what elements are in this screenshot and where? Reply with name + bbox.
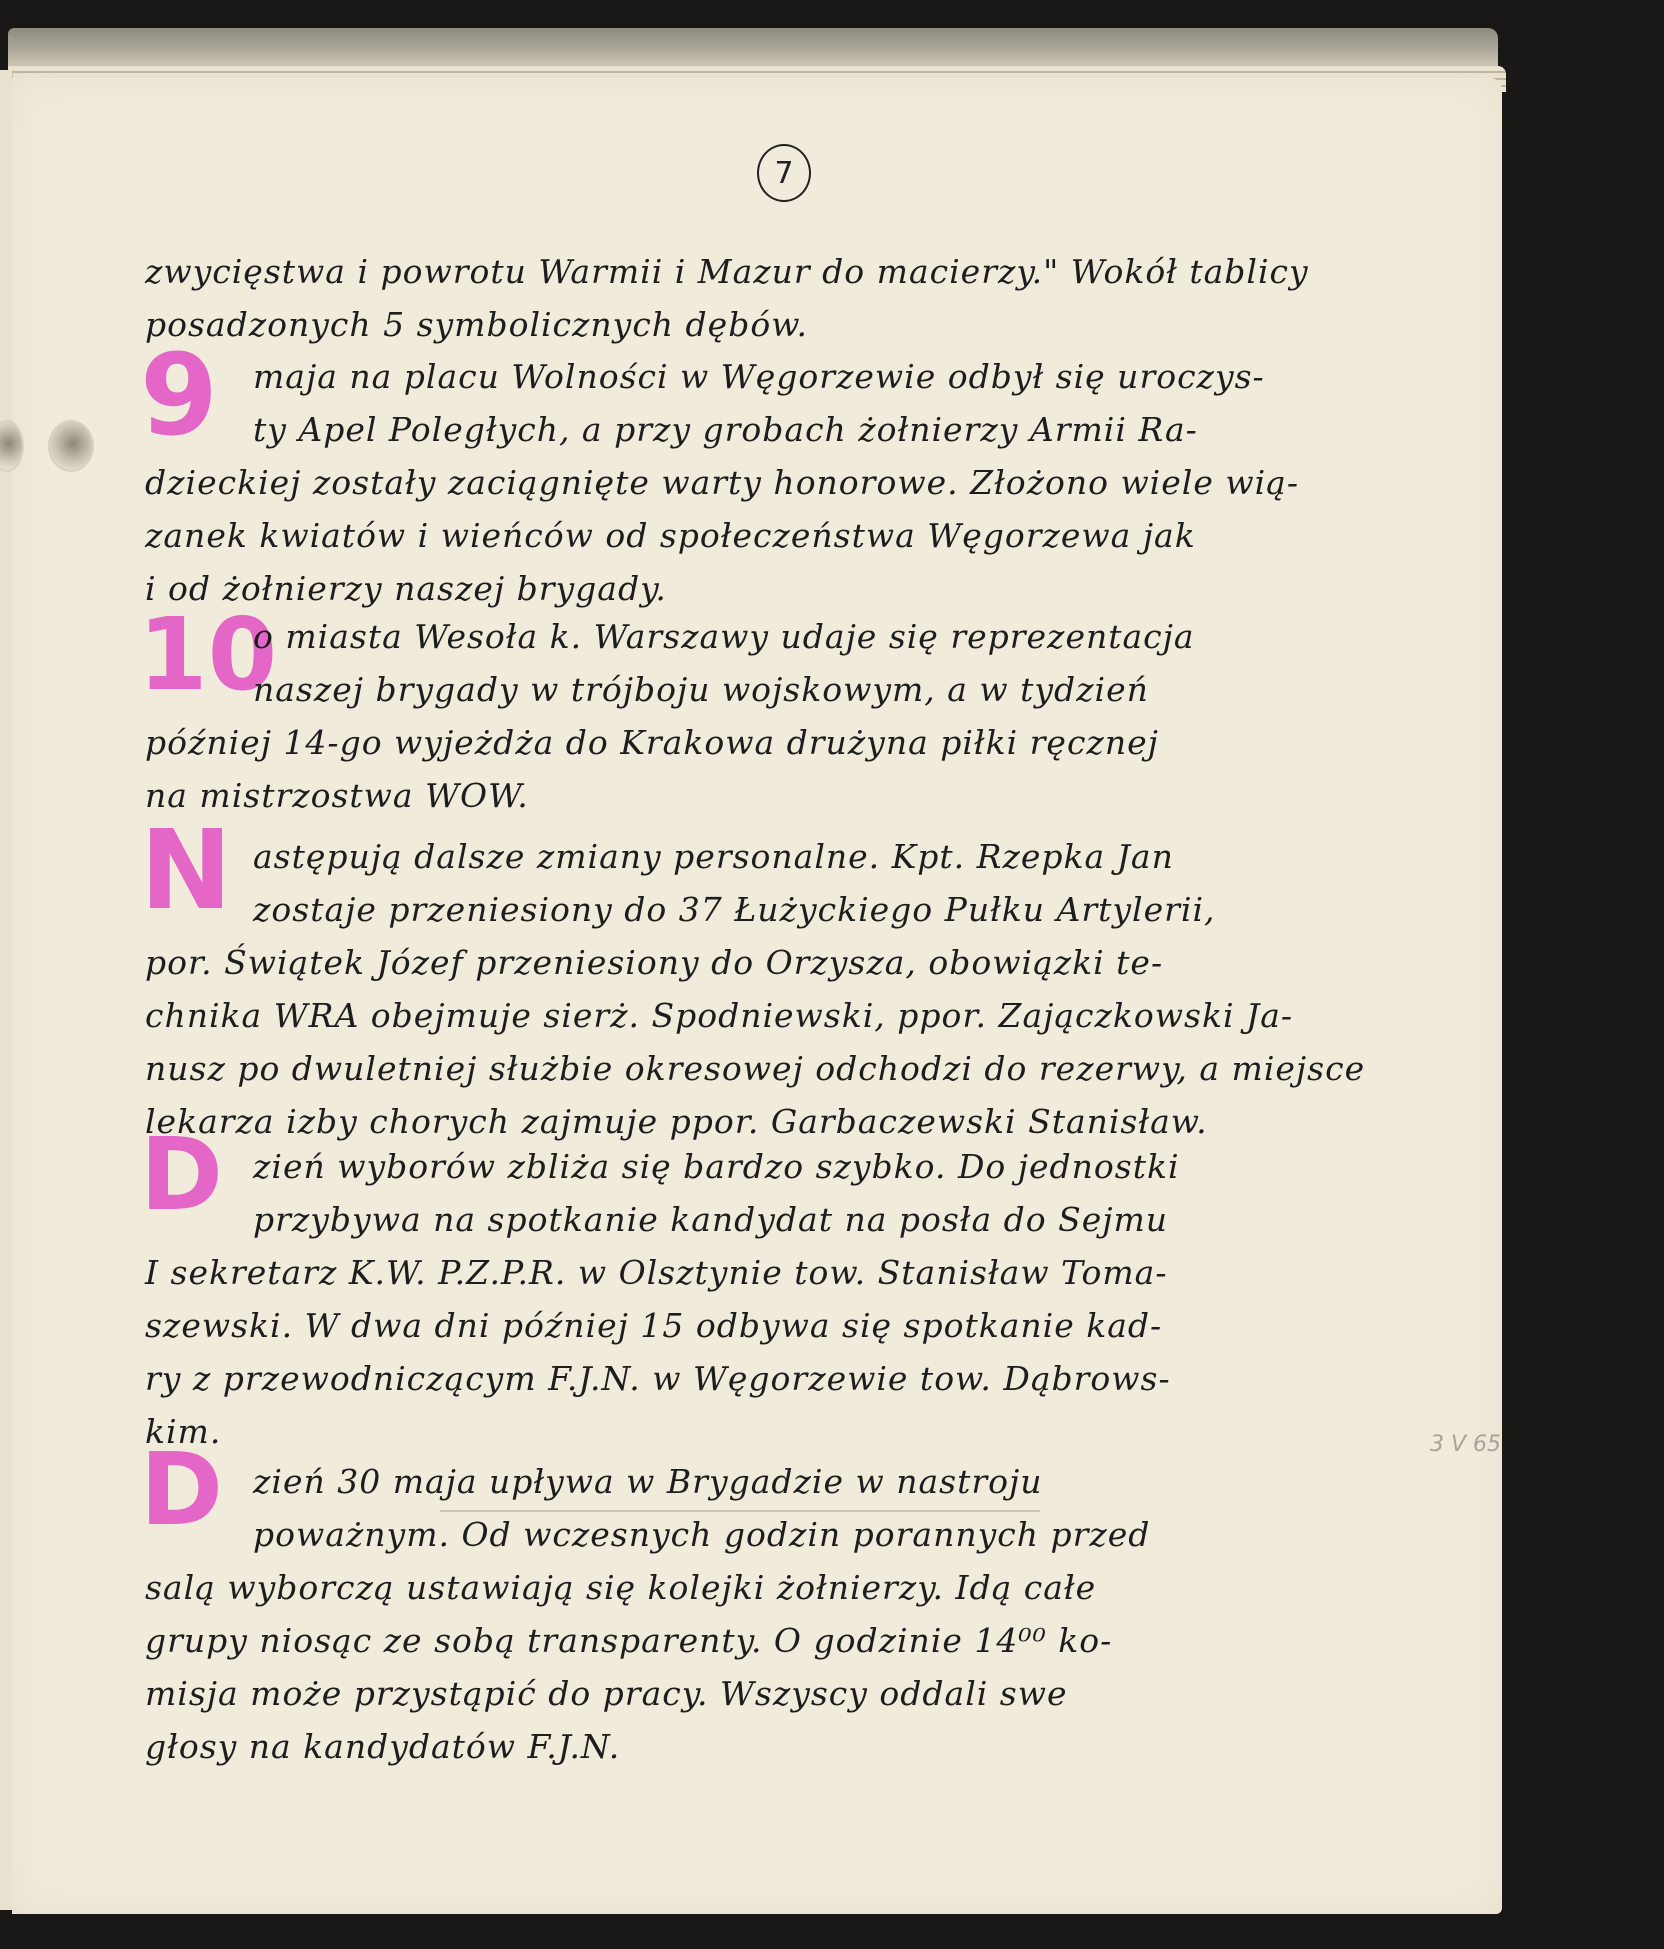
text-line: posadzonych 5 symbolicznych dębów. — [145, 298, 1455, 351]
text-line: poważnym. Od wczesnych godzin porannych … — [145, 1508, 1455, 1561]
text-line: nusz po dwuletniej służbie okresowej odc… — [145, 1042, 1455, 1095]
text-line: przybywa na spotkanie kandydat na posła … — [145, 1193, 1455, 1246]
text-line: głosy na kandydatów F.J.N. — [145, 1720, 1455, 1773]
text-line: szewski. W dwa dni później 15 odbywa się… — [145, 1299, 1455, 1352]
text-line: ty Apel Poległych, a przy grobach żołnie… — [145, 403, 1455, 456]
paragraph-election-day: zień 30 maja upływa w Brygadzie w nastro… — [145, 1455, 1455, 1773]
text-line: I sekretarz K.W. P.Z.P.R. w Olsztynie to… — [145, 1246, 1455, 1299]
text-line: ry z przewodniczącym F.J.N. w Węgorzewie… — [145, 1352, 1455, 1405]
text-line: później 14-go wyjeżdża do Krakowa drużyn… — [145, 716, 1455, 769]
text-line: salą wyborczą ustawiają się kolejki żołn… — [145, 1561, 1455, 1614]
text-line: o miasta Wesoła k. Warszawy udaje się re… — [145, 610, 1455, 663]
pencil-underline — [440, 1510, 1040, 1512]
text-line: naszej brygady w trójboju wojskowym, a w… — [145, 663, 1455, 716]
paragraph-may-9: maja na placu Wolności w Węgorzewie odby… — [145, 350, 1455, 615]
text-line: zień 30 maja upływa w Brygadzie w nastro… — [145, 1455, 1455, 1508]
paragraph-personnel-changes: astępują dalsze zmiany personalne. Kpt. … — [145, 830, 1455, 1148]
text-line: zień wyborów zbliża się bardzo szybko. D… — [145, 1140, 1455, 1193]
text-line: por. Świątek Józef przeniesiony do Orzys… — [145, 936, 1455, 989]
text-line: zanek kwiatów i wieńców od społeczeństwa… — [145, 509, 1455, 562]
text-line: kim. — [145, 1405, 1455, 1458]
text-line: astępują dalsze zmiany personalne. Kpt. … — [145, 830, 1455, 883]
text-line: maja na placu Wolności w Węgorzewie odby… — [145, 350, 1455, 403]
text-line: dzieckiej zostały zaciągnięte warty hono… — [145, 456, 1455, 509]
text-line: zwycięstwa i powrotu Warmii i Mazur do m… — [145, 245, 1455, 298]
punch-hole — [48, 420, 94, 472]
text-line: na mistrzostwa WOW. — [145, 769, 1455, 822]
text-line: misja może przystąpić do pracy. Wszyscy … — [145, 1667, 1455, 1720]
page-number: 7 — [757, 144, 811, 202]
pencil-margin-note: 3 V 65 — [1430, 1432, 1501, 1457]
paragraph-may-10: o miasta Wesoła k. Warszawy udaje się re… — [145, 610, 1455, 822]
paragraph-continuation: zwycięstwa i powrotu Warmii i Mazur do m… — [145, 245, 1455, 351]
paragraph-election-approach: zień wyborów zbliża się bardzo szybko. D… — [145, 1140, 1455, 1458]
text-line: grupy niosąc ze sobą transparenty. O god… — [145, 1614, 1455, 1667]
text-line: zostaje przeniesiony do 37 Łużyckiego Pu… — [145, 883, 1455, 936]
page-number-text: 7 — [774, 156, 793, 191]
text-line: i od żołnierzy naszej brygady. — [145, 562, 1455, 615]
text-line: chnika WRA obejmuje sierż. Spodniewski, … — [145, 989, 1455, 1042]
